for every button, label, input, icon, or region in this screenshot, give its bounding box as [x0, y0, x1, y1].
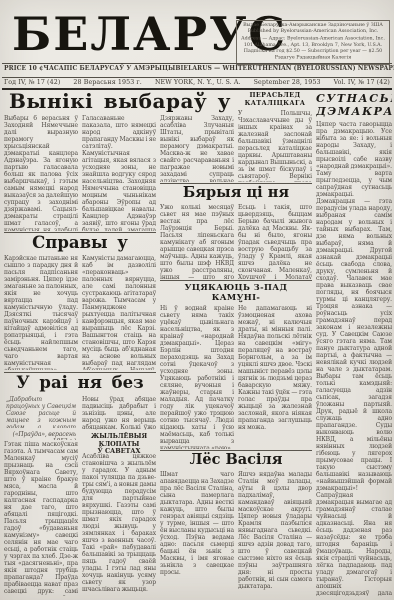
divider — [160, 183, 312, 184]
date-english: September 28, 1953 — [254, 79, 321, 86]
headline-germany-elections: Вынікі выбараў у Нямеччыне — [4, 91, 236, 114]
price-bar: PRICE 10 ¢ ЧАСАПІС БЕЛАРУСАЎ У АМЭРЫЦЫ B… — [2, 65, 392, 72]
subtitle-belarusian: ЧАСАПІС БЕЛАРУСАЎ У АМЭРЫЦЫ — [43, 65, 175, 72]
article-korea-col1: Карэйскае пытаньне ня сышло з парадку дн… — [4, 255, 78, 370]
subhead-housing: ЖЫЛЬЛЁВЫЯ КЛОПАТЫ Ў САВЕТАХ — [82, 433, 156, 450]
headline-vasily-stalin: Лёс Васіля Сталіна — [160, 452, 312, 469]
divider — [160, 450, 312, 451]
divider — [4, 232, 156, 233]
headline-korea: Справы у Карэі — [4, 234, 156, 253]
publisher-line: Выдае Беларуска-Амэрыканскае Задзіночань… — [237, 22, 389, 29]
paradise-epigraph: „Дабрабыт працоўных у Савецкім Саюзе рас… — [6, 396, 76, 428]
publisher-line: 101 Alabama Ave., Apt. 13, Brooklyn 7, N… — [237, 42, 389, 49]
article-escape-col2: Не дапамагаюць ні ўзмоцненая ахова межаў… — [238, 305, 312, 449]
publisher-line: Published by Byelorussian-American Assoc… — [237, 28, 389, 35]
article-escape-col1: Ні ў воднай краіне сьвету няма такіх уцё… — [160, 305, 234, 449]
divider — [160, 280, 312, 281]
headline-paradise: У раі ня без клапот — [4, 374, 156, 393]
article-germany-col3: Дзяржавы Захаду, асабліва Злучаныя Штаты… — [160, 115, 234, 182]
price-left: PRICE 10 ¢ — [4, 65, 43, 72]
paradise-epigraph-source: («Праўда», верасень 1953 г.) — [6, 431, 76, 440]
headline-escape: УЦЯКАЮЦЬ З-ПАД КАМУНІ- СТЫЧНАЙ АПЕКІ — [160, 283, 312, 303]
volume-belarusian: Год IV, № 17 (42) — [4, 79, 60, 86]
publisher-line: Address — Адрас: Byelorussian-American A… — [237, 35, 389, 42]
masthead-title: БЕЛАРУС — [12, 6, 236, 62]
divider-thick — [2, 88, 392, 90]
date-belarusian: 28 Верасьня 1953 г. — [73, 79, 142, 86]
article-stalin-col2: Яшчэ нядаўна малады Сталін меў палацы, а… — [238, 471, 312, 596]
publisher-info-box: Выдае Беларуска-Амэрыканскае Задзіночань… — [236, 20, 390, 65]
subtitle-english: BIELARUS — WHITERUTHENIAN (BYELORUSSIAN)… — [175, 65, 394, 72]
headline-beria: Бярыя ці ня Бярыя? — [160, 185, 312, 202]
publisher-line: Рэдагуе Рэдакцыйная Калегія — [237, 55, 389, 62]
article-persecution-body: У Польшчы, Чэхаславаччыне ды ў іншых кра… — [238, 110, 312, 182]
article-paradise-col2-bottom: Асабліва цяжкое становішча з жыльлём у г… — [82, 453, 156, 596]
city-line: NEW YORK, N. Y., U. S. A. — [155, 79, 241, 86]
article-germany-col2: Галасаваньне паказала, што нямецкі народ… — [82, 115, 156, 231]
article-germany-col1: Выбары 6 верасьня ў Заходняй Нямеччыне д… — [4, 115, 78, 231]
article-beria-col2: Ёсьць і такія, што цьвердзяць, быццам Бе… — [238, 204, 312, 279]
divider — [4, 372, 156, 373]
date-bar: Год IV, № 17 (42) 28 Верасьня 1953 г. NE… — [2, 79, 392, 86]
volume-english: Vol. IV, № 17 (42) — [334, 79, 390, 86]
newspaper-page: БЕЛАРУС Выдае Беларуска-Амэрыканскае Зад… — [0, 0, 394, 600]
article-paradise-col1: Гэтак піша маскоўская газэта. А тымчасам… — [4, 441, 78, 596]
article-korea-col2: Камуністы дамагаюцца, каб ім дазволілі «… — [82, 255, 156, 370]
headline-democracy: СУТНАСЬЦЬ ДЭМАКРАЦЫІ — [316, 92, 392, 119]
article-paradise-col2-top: Новы ўрад абяцае падвысіць дабрабыт і зь… — [82, 396, 156, 430]
article-beria-col1: Ужо колькі месяцаў сьвет ня мае пэўных в… — [160, 204, 234, 279]
headline-persecution: ПЕРАСЬЛЕД КАТАЛІЦКАГА СЬВЯ- ТАРСТВА ЗА Ж… — [238, 91, 312, 108]
article-democracy-body: Цяпер часта гаворыцца пра дэмакрацыю. Ус… — [316, 121, 392, 596]
article-stalin-col1: Шмат чаго апавядаецца на Захадзе пра лёс… — [160, 471, 234, 596]
publisher-line: Падпіска на год $2.50 — Subscription per… — [237, 48, 389, 55]
